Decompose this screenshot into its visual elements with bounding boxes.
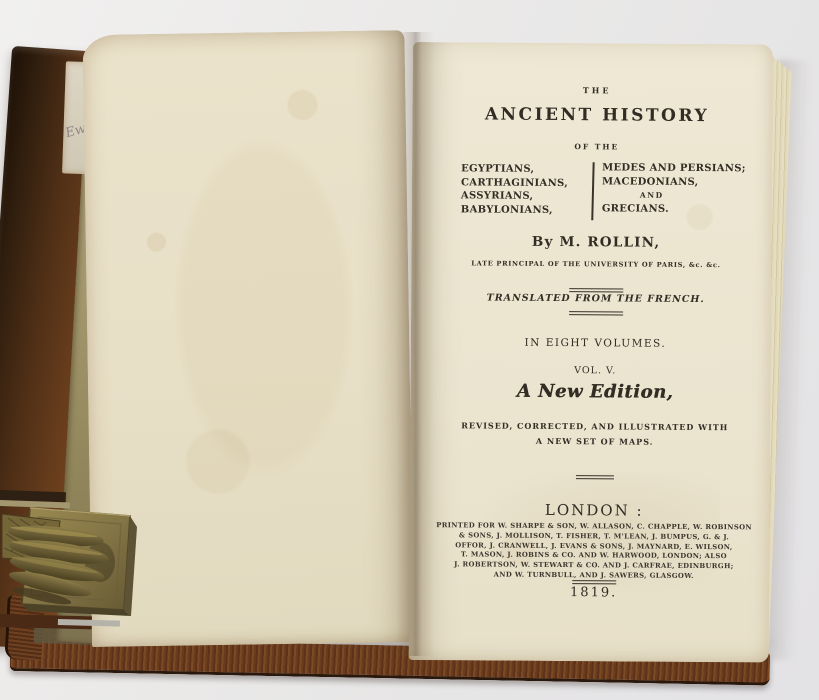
clamp-under-board [0, 614, 120, 629]
peoples-left-line: EGYPTIANS, [461, 162, 568, 176]
of-the-line: OF THE [424, 141, 769, 152]
peoples-right-line: AND [602, 188, 746, 203]
translated-rule-bottom [569, 311, 623, 316]
title-page: THE ANCIENT HISTORY OF THE EGYPTIANS, CA… [409, 42, 773, 662]
brass-hand-clamp [0, 486, 142, 632]
peoples-right-line: MACEDONIANS, [602, 175, 746, 190]
peoples-left-line: ASSYRIANS, [461, 189, 568, 203]
year-divider-rule [572, 580, 616, 585]
clamp-strap [0, 490, 70, 508]
revised-line-1: REVISED, CORRECTED, AND ILLUSTRATED WITH [422, 420, 767, 432]
peoples-right-line: MEDES AND PERSIANS; [602, 161, 746, 176]
peoples-right-line: GRECIANS. [602, 202, 746, 217]
column-divider-rule [591, 162, 594, 220]
photo-background: Ew THE ANCIENT HISTORY OF THE EGYPTIANS,… [0, 0, 819, 700]
author-subtitle: LATE PRINCIPAL OF THE UNIVERSITY OF PARI… [423, 259, 768, 269]
title-page-content: THE ANCIENT HISTORY OF THE EGYPTIANS, CA… [421, 42, 770, 662]
half-title-the: THE [425, 84, 770, 96]
volume-number: VOL. V. [423, 364, 768, 377]
imprint-divider-rule [575, 475, 613, 480]
peoples-columns: EGYPTIANS, CARTHAGINIANS, ASSYRIANS, BAB… [424, 160, 769, 224]
peoples-left-line: CARTHAGINIANS, [461, 176, 568, 190]
peoples-right-column: MEDES AND PERSIANS; MACEDONIANS, AND GRE… [602, 161, 746, 216]
peoples-left-line: BABYLONIANS, [461, 203, 568, 217]
volumes-line: IN EIGHT VOLUMES. [423, 336, 768, 350]
city-line: LONDON : [422, 500, 767, 520]
revised-line-2: A NEW SET OF MAPS. [422, 435, 767, 447]
main-title: ANCIENT HISTORY [424, 104, 769, 126]
year-line: 1819. [421, 584, 766, 601]
peoples-left-column: EGYPTIANS, CARTHAGINIANS, ASSYRIANS, BAB… [461, 162, 568, 217]
author-line: By M. ROLLIN, [424, 233, 769, 251]
imprint-block: PRINTED FOR W. SHARPE & SON, W. ALLASON,… [421, 521, 766, 582]
translated-rule-top [569, 288, 623, 293]
edition-line: A New Edition, [422, 380, 767, 403]
translated-line: TRANSLATED FROM THE FRENCH. [423, 292, 768, 305]
